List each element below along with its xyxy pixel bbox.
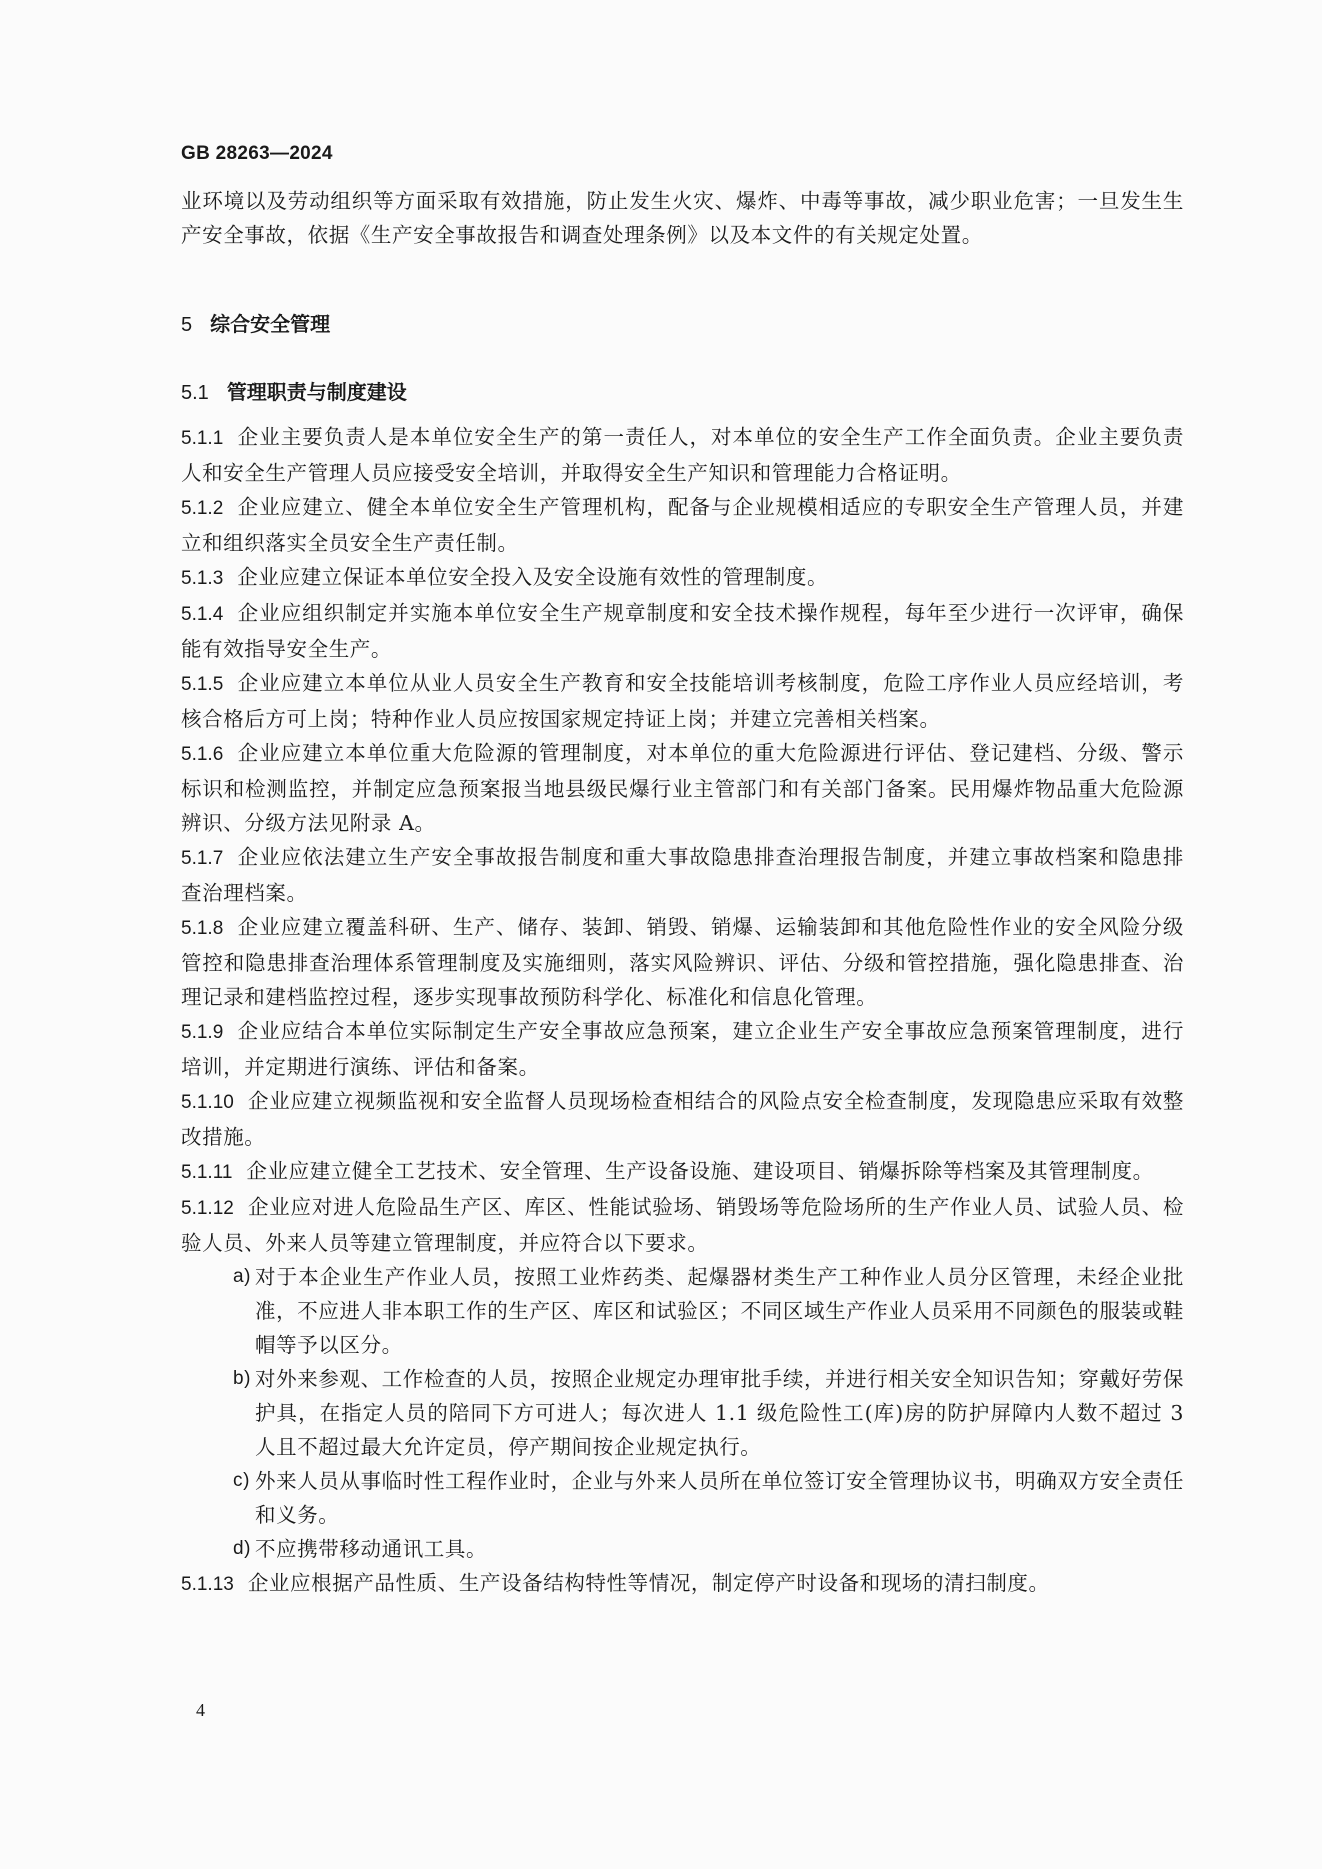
- list-text: 外来人员从事临时性工程作业时，企业与外来人员所在单位签订安全管理协议书，明确双方…: [255, 1469, 1184, 1527]
- clause-5-1-6: 5.1.6企业应建立本单位重大危险源的管理制度，对本单位的重大危险源进行评估、登…: [181, 736, 1184, 840]
- section-heading: 5综合安全管理: [181, 308, 330, 337]
- clause-text: 企业应建立、健全本单位安全生产管理机构，配备与企业规模相适应的专职安全生产管理人…: [181, 495, 1184, 555]
- list-item-a: a)对于本企业生产作业人员，按照工业炸药类、起爆器材类生产工种作业人员分区管理，…: [181, 1260, 1184, 1362]
- clause-text: 企业应依法建立生产安全事故报告制度和重大事故隐患排查治理报告制度，并建立事故档案…: [181, 845, 1184, 905]
- clause-number: 5.1.4: [181, 604, 223, 625]
- list-label: a): [233, 1260, 251, 1294]
- intro-paragraph: 业环境以及劳动组织等方面采取有效措施，防止发生火灾、爆炸、中毒等事故，减少职业危…: [181, 184, 1184, 252]
- page-number: 4: [196, 1700, 205, 1721]
- clause-5-1-1: 5.1.1企业主要负责人是本单位安全生产的第一责任人，对本单位的安全生产工作全面…: [181, 420, 1184, 490]
- list-item-d: d)不应携带移动通讯工具。: [181, 1532, 1184, 1566]
- clauses-block: 5.1.1企业主要负责人是本单位安全生产的第一责任人，对本单位的安全生产工作全面…: [181, 420, 1184, 1602]
- clause-5-1-5: 5.1.5企业应建立本单位从业人员安全生产教育和安全技能培训考核制度，危险工序作…: [181, 666, 1184, 736]
- clause-text: 企业应结合本单位实际制定生产安全事故应急预案，建立企业生产安全事故应急预案管理制…: [181, 1019, 1184, 1079]
- subsection-title: 管理职责与制度建设: [227, 380, 407, 404]
- clause-number: 5.1.11: [181, 1162, 232, 1183]
- subsection-heading: 5.1管理职责与制度建设: [181, 376, 407, 405]
- list-item-c: c)外来人员从事临时性工程作业时，企业与外来人员所在单位签订安全管理协议书，明确…: [181, 1464, 1184, 1532]
- document-page: GB 28263—2024 业环境以及劳动组织等方面采取有效措施，防止发生火灾、…: [0, 0, 1322, 1869]
- clause-text: 企业应建立视频监视和安全监督人员现场检查相结合的风险点安全检查制度，发现隐患应采…: [181, 1089, 1184, 1149]
- clause-number: 5.1.5: [181, 674, 223, 695]
- clause-text: 企业应建立保证本单位安全投入及安全设施有效性的管理制度。: [237, 565, 828, 589]
- clause-text: 企业主要负责人是本单位安全生产的第一责任人，对本单位的安全生产工作全面负责。企业…: [181, 425, 1184, 485]
- clause-5-1-2: 5.1.2企业应建立、健全本单位安全生产管理机构，配备与企业规模相适应的专职安全…: [181, 490, 1184, 560]
- list-text: 对外来参观、工作检查的人员，按照企业规定办理审批手续，并进行相关安全知识告知；穿…: [255, 1367, 1184, 1459]
- clause-text: 企业应根据产品性质、生产设备结构特性等情况，制定停产时设备和现场的清扫制度。: [248, 1571, 1050, 1595]
- clause-number: 5.1.13: [181, 1574, 234, 1595]
- clause-5-1-13: 5.1.13企业应根据产品性质、生产设备结构特性等情况，制定停产时设备和现场的清…: [181, 1566, 1184, 1602]
- list-item-b: b)对外来参观、工作检查的人员，按照企业规定办理审批手续，并进行相关安全知识告知…: [181, 1362, 1184, 1464]
- clause-number: 5.1.8: [181, 918, 223, 939]
- clause-5-1-9: 5.1.9企业应结合本单位实际制定生产安全事故应急预案，建立企业生产安全事故应急…: [181, 1014, 1184, 1084]
- clause-5-1-3: 5.1.3企业应建立保证本单位安全投入及安全设施有效性的管理制度。: [181, 560, 1184, 596]
- clause-number: 5.1.7: [181, 848, 223, 869]
- list-label: c): [233, 1464, 250, 1498]
- list-text: 对于本企业生产作业人员，按照工业炸药类、起爆器材类生产工种作业人员分区管理，未经…: [255, 1265, 1184, 1357]
- clause-number: 5.1.9: [181, 1022, 223, 1043]
- clause-text: 企业应建立覆盖科研、生产、储存、装卸、销毁、销爆、运输装卸和其他危险性作业的安全…: [181, 915, 1184, 1009]
- clause-text: 企业应建立健全工艺技术、安全管理、生产设备设施、建设项目、销爆拆除等档案及其管理…: [246, 1159, 1153, 1183]
- clause-number: 5.1.6: [181, 744, 223, 765]
- clause-5-1-10: 5.1.10企业应建立视频监视和安全监督人员现场检查相结合的风险点安全检查制度，…: [181, 1084, 1184, 1154]
- list-label: b): [233, 1362, 251, 1396]
- clause-5-1-11: 5.1.11企业应建立健全工艺技术、安全管理、生产设备设施、建设项目、销爆拆除等…: [181, 1154, 1184, 1190]
- clause-5-1-4: 5.1.4企业应组织制定并实施本单位安全生产规章制度和安全技术操作规程，每年至少…: [181, 596, 1184, 666]
- subsection-number: 5.1: [181, 382, 209, 404]
- clause-text: 企业应对进人危险品生产区、库区、性能试验场、销毁场等危险场所的生产作业人员、试验…: [181, 1195, 1184, 1255]
- clause-5-1-7: 5.1.7企业应依法建立生产安全事故报告制度和重大事故隐患排查治理报告制度，并建…: [181, 840, 1184, 910]
- clause-5-1-12: 5.1.12企业应对进人危险品生产区、库区、性能试验场、销毁场等危险场所的生产作…: [181, 1190, 1184, 1260]
- section-number: 5: [181, 314, 192, 336]
- list-label: d): [233, 1532, 251, 1566]
- clause-text: 企业应组织制定并实施本单位安全生产规章制度和安全技术操作规程，每年至少进行一次评…: [181, 601, 1184, 661]
- clause-number: 5.1.12: [181, 1198, 234, 1219]
- clause-5-1-8: 5.1.8企业应建立覆盖科研、生产、储存、装卸、销毁、销爆、运输装卸和其他危险性…: [181, 910, 1184, 1014]
- list-text: 不应携带移动通讯工具。: [255, 1537, 487, 1561]
- clause-number: 5.1.1: [181, 428, 223, 449]
- standard-code: GB 28263—2024: [181, 143, 333, 165]
- clause-text: 企业应建立本单位从业人员安全生产教育和安全技能培训考核制度，危险工序作业人员应经…: [181, 671, 1184, 731]
- clause-number: 5.1.3: [181, 568, 223, 589]
- clause-text: 企业应建立本单位重大危险源的管理制度，对本单位的重大危险源进行评估、登记建档、分…: [181, 741, 1184, 835]
- section-title: 综合安全管理: [210, 312, 330, 336]
- clause-number: 5.1.10: [181, 1092, 234, 1113]
- clause-number: 5.1.2: [181, 498, 223, 519]
